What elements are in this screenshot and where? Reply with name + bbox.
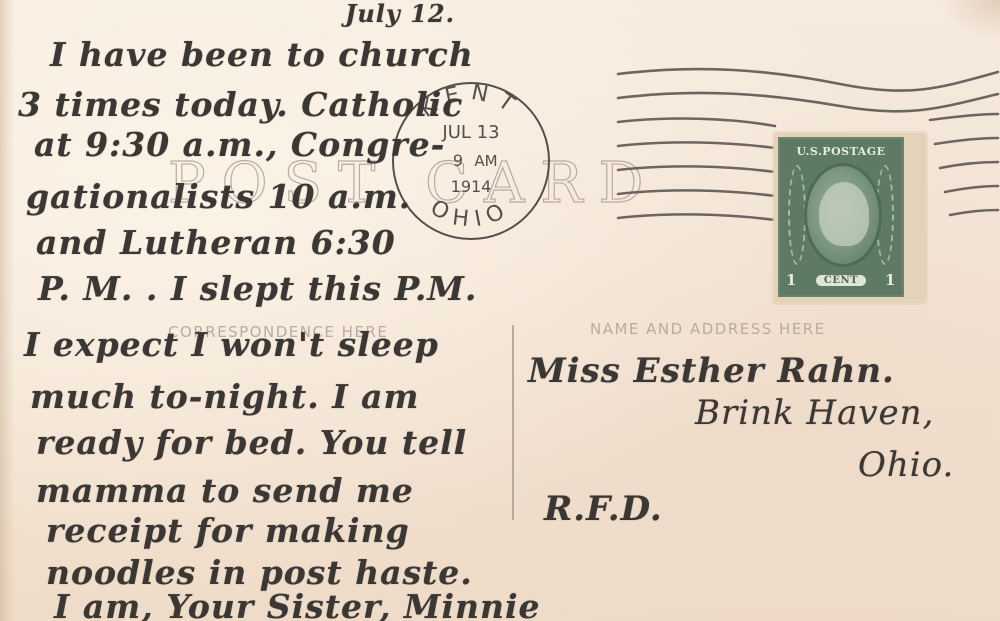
message-date: July 12. [345,2,455,26]
recipient-town: Brink Haven, [695,396,934,430]
postmark-meridiem: AM [474,152,497,170]
message-line: I expect I won't sleep [24,328,439,361]
postmark-hour: 9 [453,151,463,170]
message-line: much to-night. I am [30,380,419,413]
portrait-oval [804,163,882,267]
message-signature: I am, Your Sister, Minnie [54,590,541,621]
svg-text:OHIO: OHIO [426,195,516,232]
message-line: 3 times today. Catholic [18,88,463,121]
recipient-route: R.F.D. [544,492,663,526]
message-line: mamma to send me [36,474,414,507]
washington-portrait-icon [819,182,869,246]
stamp-denomination-left: 1 [786,271,797,289]
stamp-unit: CENT [816,275,866,286]
message-line: gationalists 10 a.m. [26,180,411,213]
message-line: I have been to church [50,38,474,71]
stamp-face: U.S.POSTAGE 1 CENT 1 [778,137,904,297]
postmark-year: 1914 [451,177,492,196]
stamp-denomination-right: 1 [885,271,896,289]
postage-stamp: U.S.POSTAGE 1 CENT 1 [774,133,926,303]
stamp-bottom-band: 1 CENT 1 [786,271,896,289]
postcard-back: POST CARD CORRESPONDENCE HERE NAME AND A… [0,0,1000,621]
message-line: P. M. . I slept this P.M. [38,272,477,305]
address-label: NAME AND ADDRESS HERE [590,320,826,338]
message-line: receipt for making [46,514,410,547]
center-divider [512,325,514,520]
message-line: noodles in post haste. [46,556,473,589]
stamp-top-text: U.S.POSTAGE [786,145,896,158]
message-line: at 9:30 a.m., Congre- [34,128,445,161]
recipient-name: Miss Esther Rahn. [528,354,895,388]
postmark-date: JUL 13 [441,122,499,143]
message-line: ready for bed. You tell [36,426,467,459]
message-line: and Lutheran 6:30 [36,226,396,259]
recipient-state: Ohio. [858,448,954,482]
postmark-state: OHIO [426,195,516,232]
